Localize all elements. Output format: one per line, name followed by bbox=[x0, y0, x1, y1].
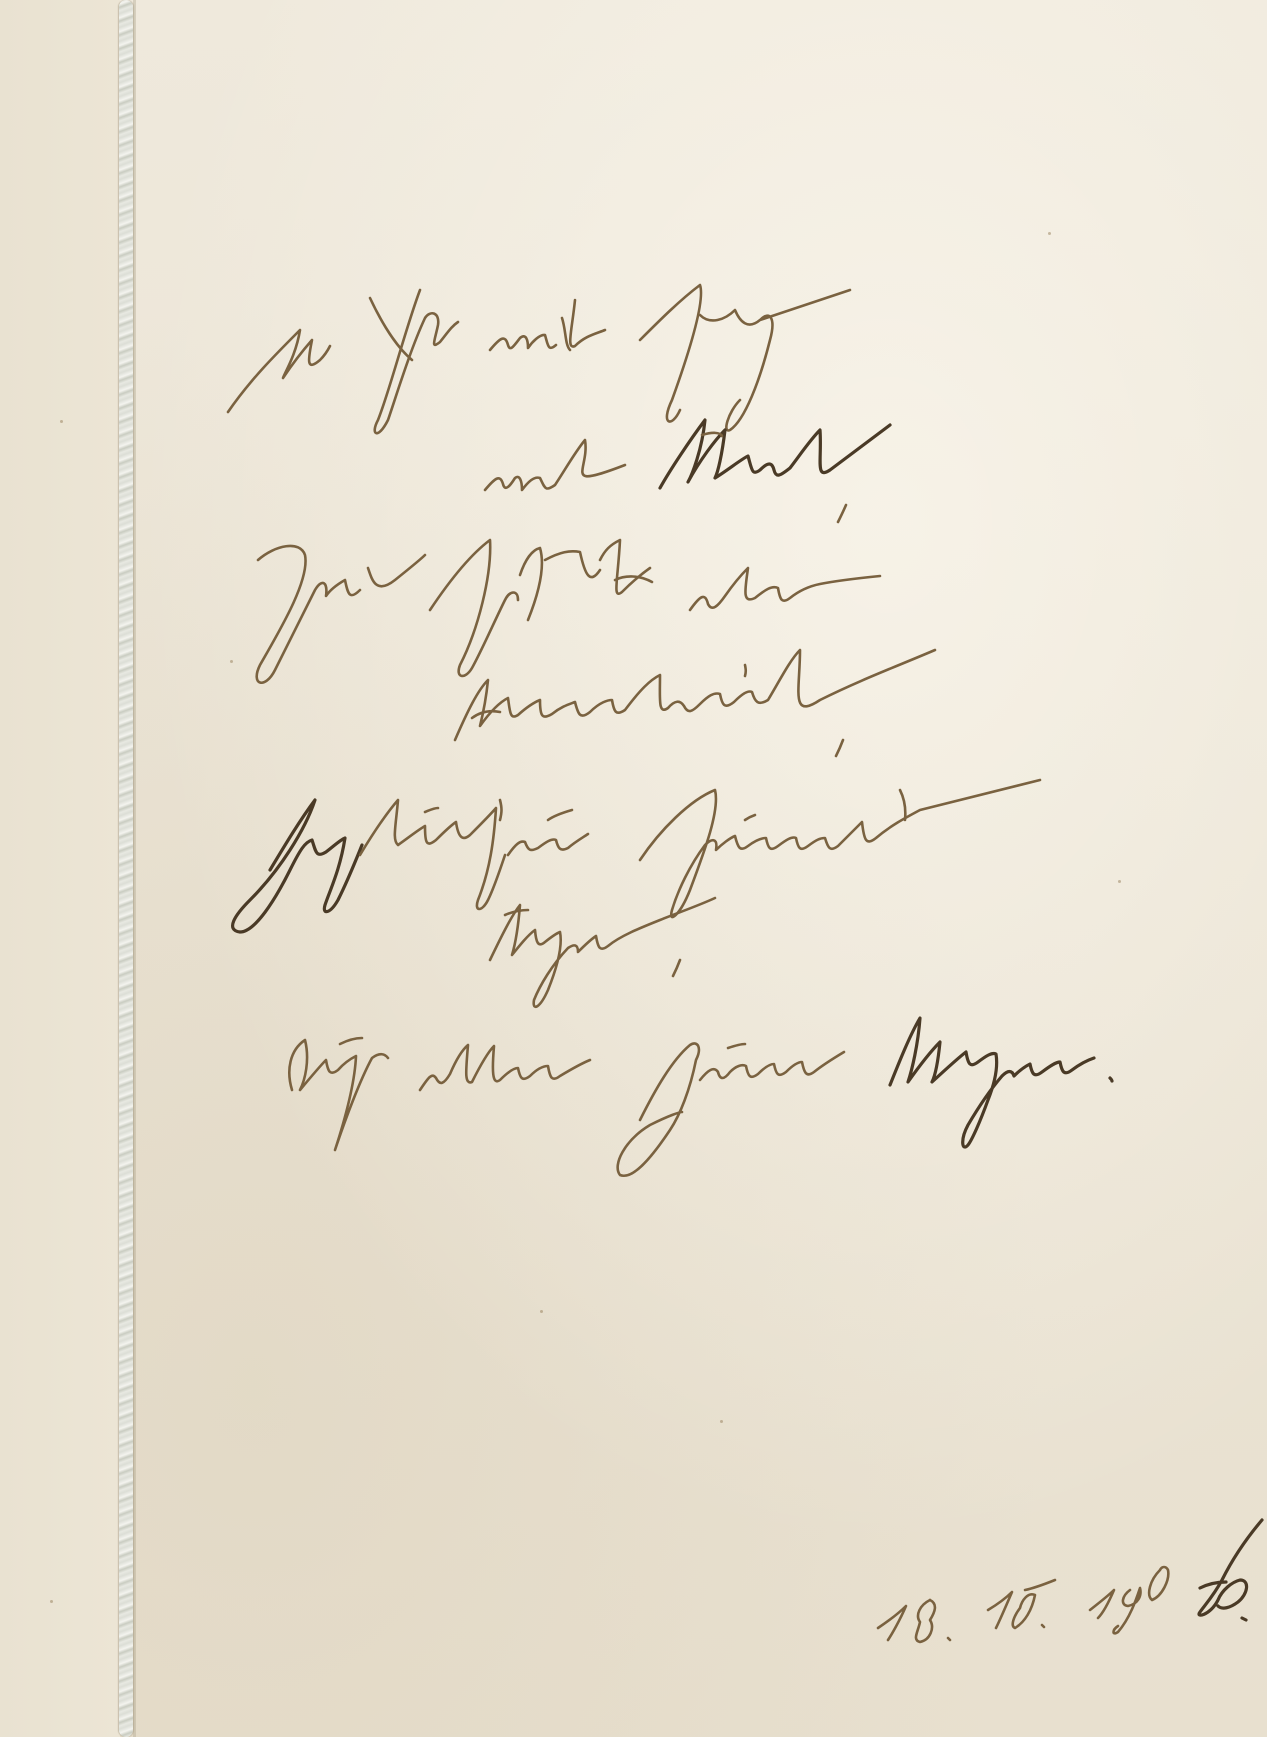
verse-line-5-strokes bbox=[233, 780, 1040, 932]
verse-line-2-strokes bbox=[485, 420, 890, 522]
verse-line-4-strokes bbox=[455, 650, 935, 756]
handwriting-strokes bbox=[0, 0, 1267, 1737]
verse-line-7-strokes bbox=[289, 1018, 1112, 1176]
album-page: die Ihr mit Herz und Mund, Heut schließt… bbox=[0, 0, 1267, 1737]
verse-line-6-strokes bbox=[490, 898, 715, 1007]
verse-line-3-strokes bbox=[257, 540, 880, 683]
verse-line-1-strokes bbox=[228, 285, 850, 433]
date-strokes bbox=[878, 1520, 1262, 1642]
